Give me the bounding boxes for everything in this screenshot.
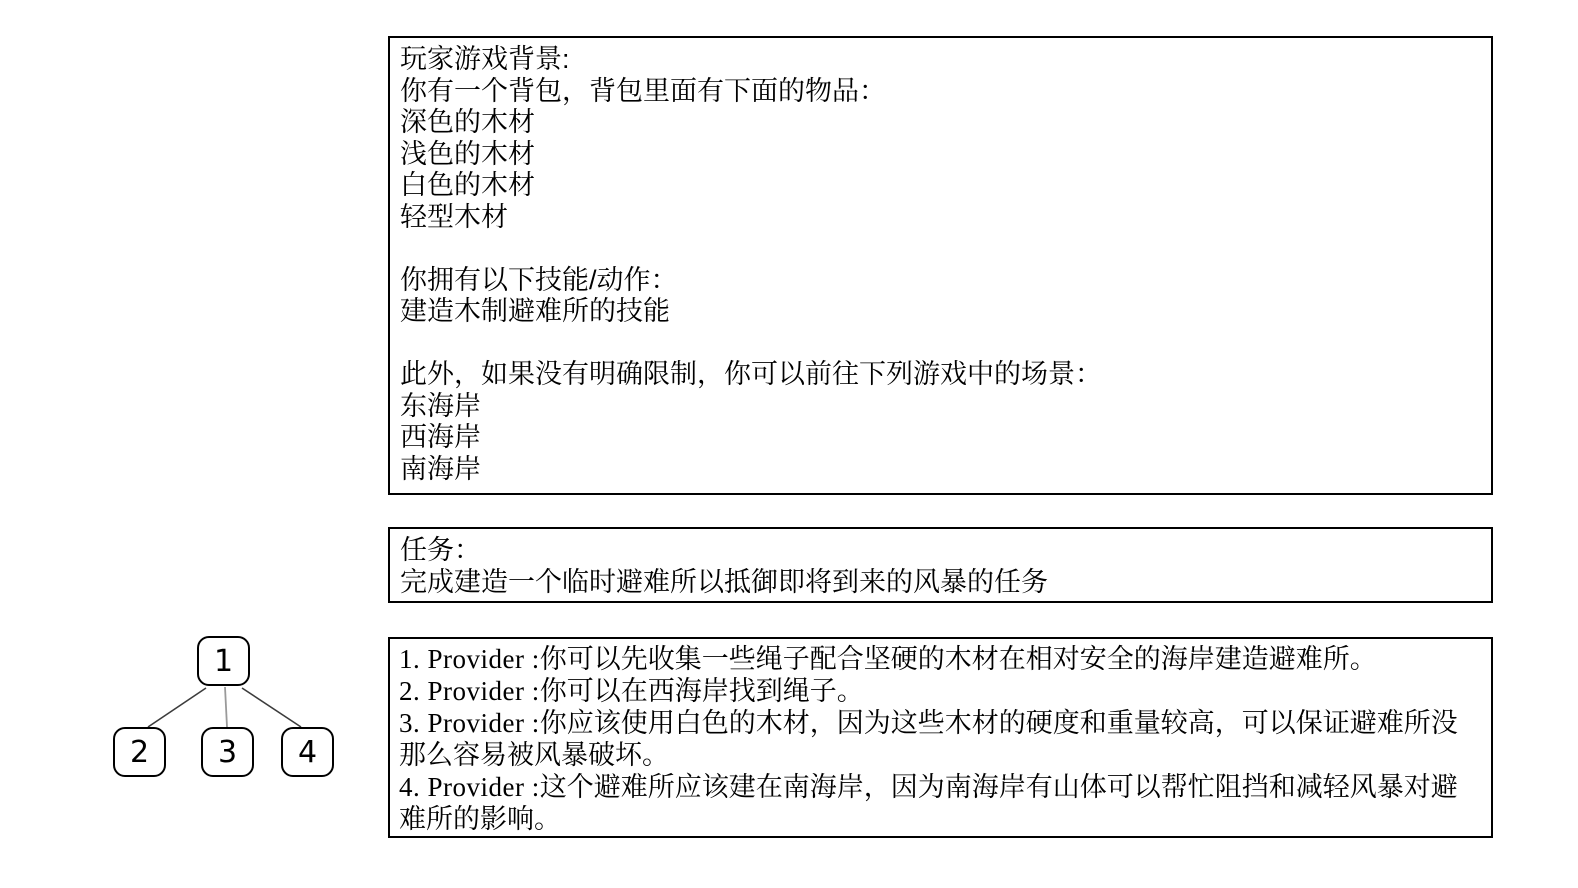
- provider-item-text: 这个避难所应该建在南海岸，因为南海岸有山体可以帮忙阻挡和减轻风暴对避难所的影响。: [399, 772, 1458, 834]
- tree-node-4-label: 4: [298, 735, 317, 770]
- edge-1-4: [242, 688, 301, 727]
- background-text-line: 西海岸: [400, 422, 1481, 454]
- task-text-line: 完成建造一个临时避难所以抵御即将到来的风暴的任务: [400, 567, 1481, 599]
- provider-item: 4. Provider :这个避难所应该建在南海岸，因为南海岸有山体可以帮忙阻挡…: [399, 771, 1482, 835]
- provider-item-number: 4. Provider :: [399, 772, 540, 802]
- provider-item: 3. Provider :你应该使用白色的木材，因为这些木材的硬度和重量较高，可…: [399, 707, 1482, 771]
- tree-node-3-label: 3: [218, 735, 237, 770]
- tree-node-4: 4: [281, 727, 334, 777]
- page: 1 2 3 4 玩家游戏背景: 你有一个背包，背包里面有下面的物品： 深色的木材…: [0, 0, 1578, 888]
- provider-item-number: 1. Provider :: [399, 644, 540, 674]
- background-text-line: 轻型木材: [400, 202, 1481, 234]
- provider-item: 1. Provider :你可以先收集一些绳子配合坚硬的木材在相对安全的海岸建造…: [399, 643, 1482, 675]
- provider-item-text: 你可以在西海岸找到绳子。: [540, 676, 864, 706]
- tree-node-1: 1: [197, 636, 250, 686]
- background-text-line: 浅色的木材: [400, 139, 1481, 171]
- provider-item-number: 3. Provider :: [399, 708, 540, 738]
- player-background-box: 玩家游戏背景: 你有一个背包，背包里面有下面的物品： 深色的木材 浅色的木材 白…: [388, 36, 1493, 495]
- provider-item-text: 你可以先收集一些绳子配合坚硬的木材在相对安全的海岸建造避难所。: [540, 644, 1377, 674]
- background-text-line: 此外，如果没有明确限制，你可以前往下列游戏中的场景：: [400, 359, 1481, 391]
- task-box: 任务： 完成建造一个临时避难所以抵御即将到来的风暴的任务: [388, 527, 1493, 603]
- task-text-line: 任务：: [400, 535, 1481, 567]
- provider-item-number: 2. Provider :: [399, 676, 540, 706]
- edge-1-2: [148, 688, 206, 727]
- tree-node-2-label: 2: [130, 735, 149, 770]
- provider-item-text: 你应该使用白色的木材，因为这些木材的硬度和重量较高，可以保证避难所没那么容易被风…: [399, 708, 1458, 770]
- tree-node-3: 3: [201, 727, 254, 777]
- background-text-line: 深色的木材: [400, 107, 1481, 139]
- background-text-line: 建造木制避难所的技能: [400, 296, 1481, 328]
- background-text-line: [400, 328, 1481, 360]
- background-text-line: 玩家游戏背景:: [400, 44, 1481, 76]
- provider-item: 2. Provider :你可以在西海岸找到绳子。: [399, 675, 1482, 707]
- background-text-line: 白色的木材: [400, 170, 1481, 202]
- tree-node-1-label: 1: [214, 644, 233, 679]
- edge-1-3: [225, 687, 227, 727]
- background-text-line: [400, 233, 1481, 265]
- provider-box: 1. Provider :你可以先收集一些绳子配合坚硬的木材在相对安全的海岸建造…: [388, 637, 1493, 838]
- background-text-line: 东海岸: [400, 391, 1481, 423]
- background-text-line: 南海岸: [400, 454, 1481, 486]
- tree-node-2: 2: [113, 727, 166, 777]
- background-text-line: 你拥有以下技能/动作：: [400, 265, 1481, 297]
- background-text-line: 你有一个背包，背包里面有下面的物品：: [400, 76, 1481, 108]
